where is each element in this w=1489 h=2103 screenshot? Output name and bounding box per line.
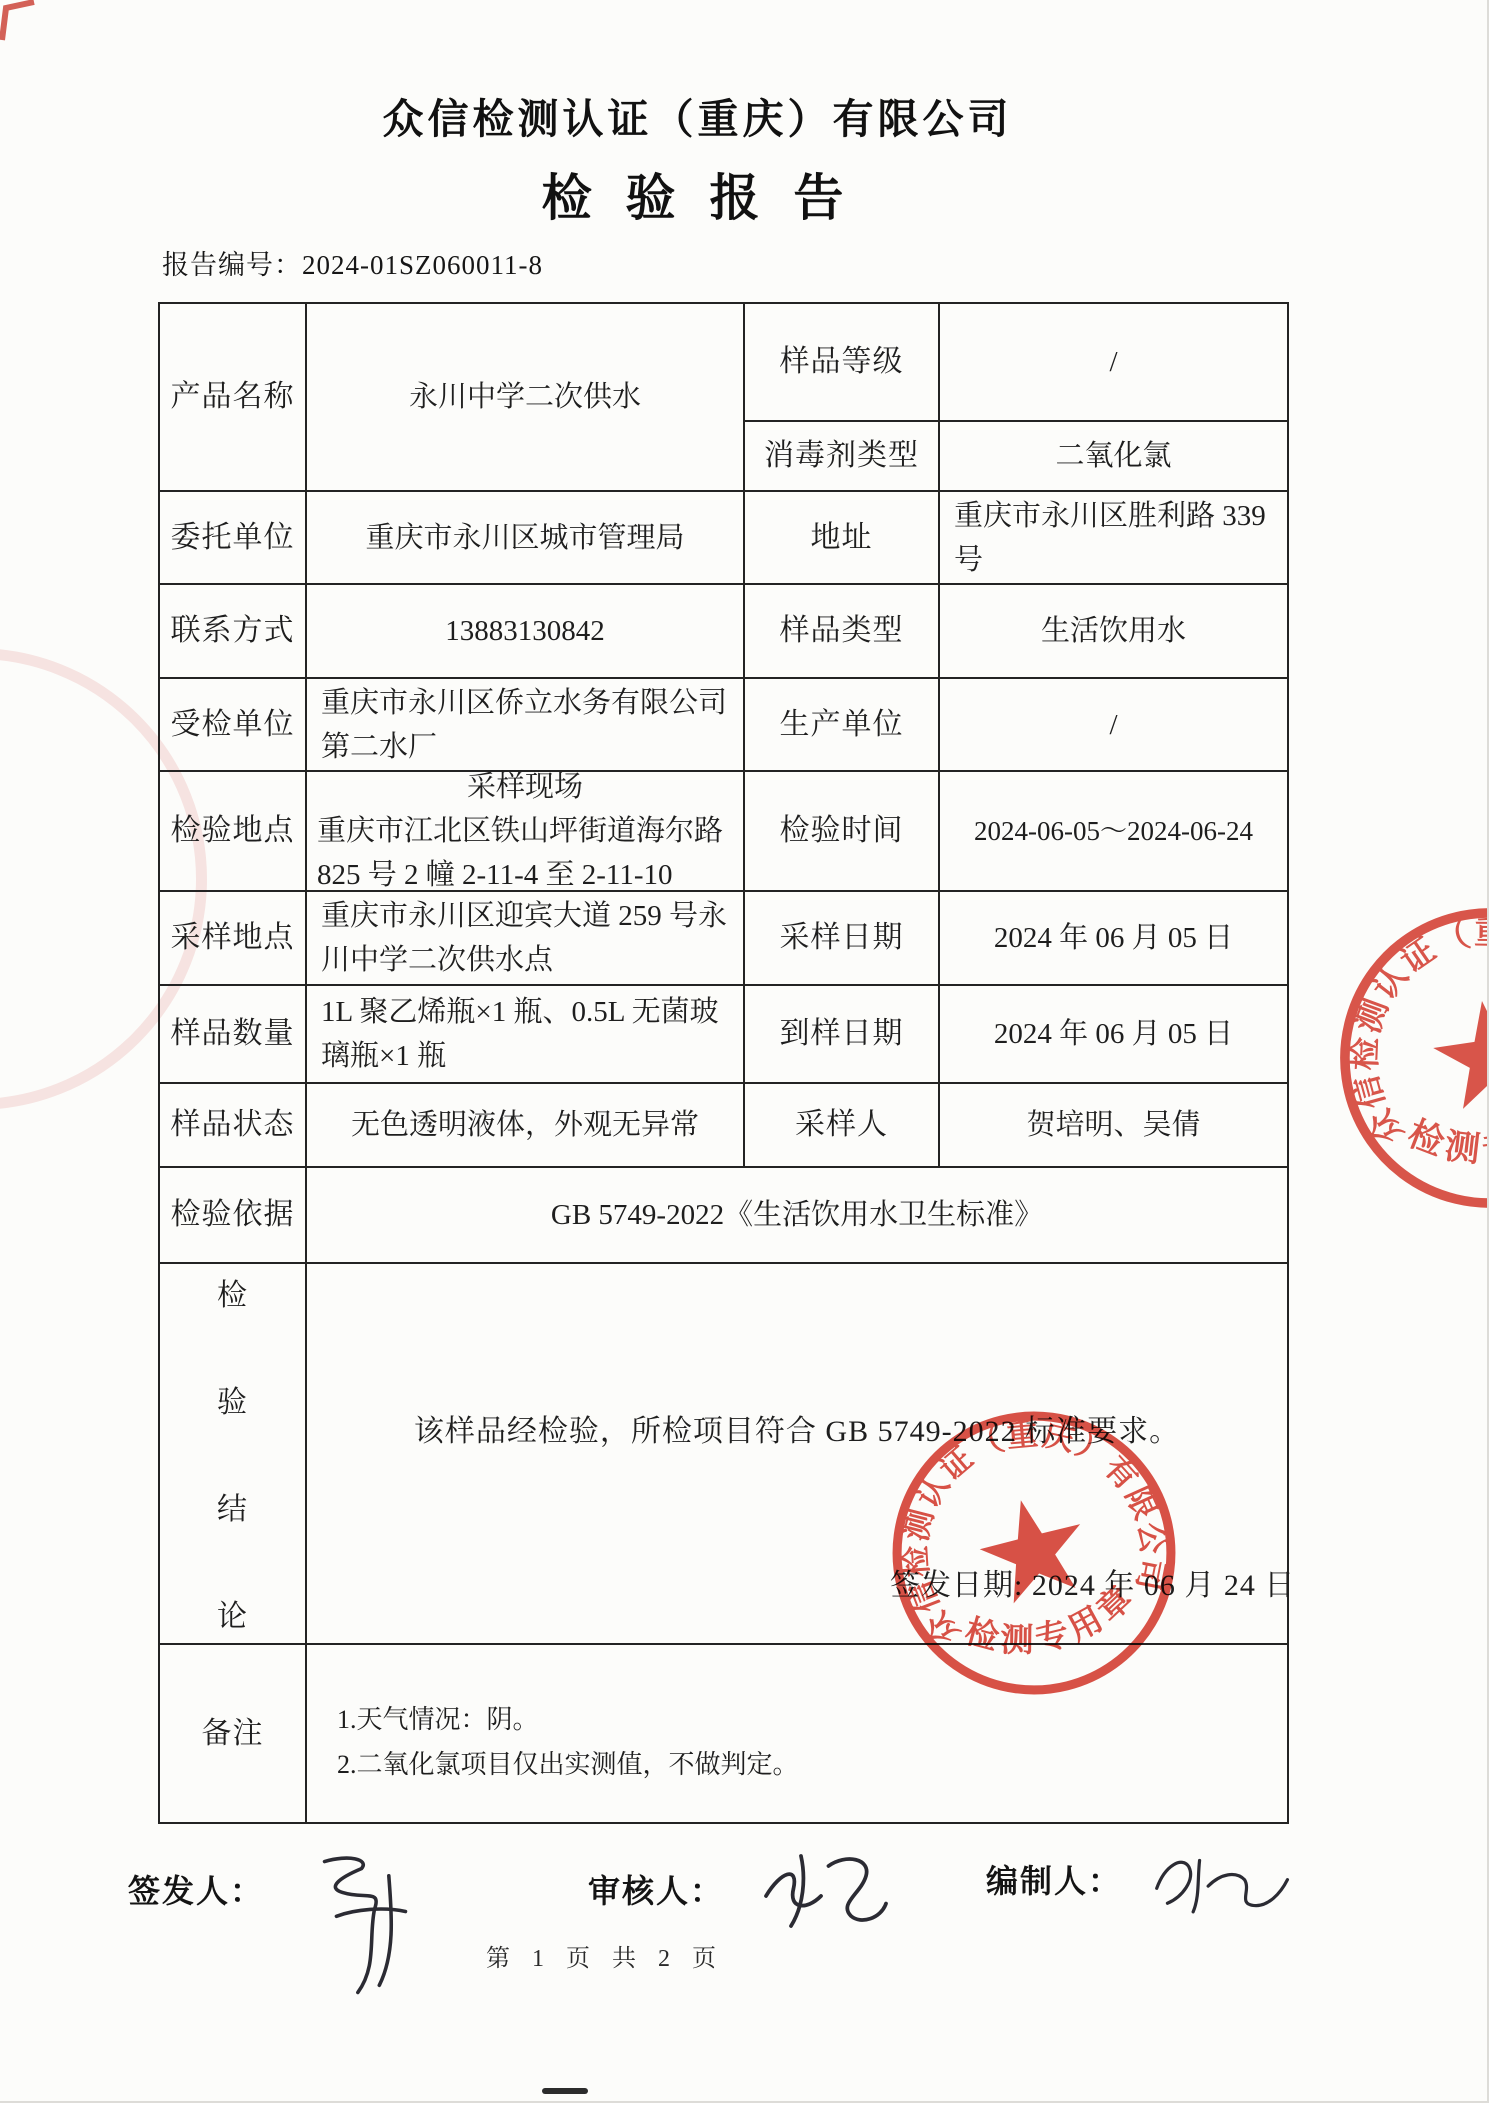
sampling-date-value: 2024 年 06 月 05 日 [940, 892, 1287, 986]
inspection-time-label: 检验时间 [745, 772, 940, 892]
sampling-date-label: 采样日期 [745, 892, 940, 986]
report-number-label: 报告编号： [162, 250, 302, 280]
issuer-label: 签发人： [128, 1866, 264, 1912]
report-page: 众信检测认证（重庆）有限公司 检 验 报 告 报告编号：2024-01SZ060… [0, 0, 1489, 2103]
remark-line-1: 1.天气情况：阴。 [337, 1697, 1267, 1742]
inspection-place-value: 采样现场 重庆市江北区铁山坪街道海尔路 825 号 2 幢 2-11-4 至 2… [307, 772, 745, 892]
reviewer-signature [756, 1846, 896, 1936]
conclusion-sign-date: 签发日期: 2024 年 06 月 24 日 [890, 1564, 1295, 1608]
inspection-place-line1: 采样现场 [317, 765, 733, 809]
basis-label: 检验依据 [160, 1168, 307, 1264]
sampling-place-label: 采样地点 [160, 892, 307, 986]
inspection-place-line2: 重庆市江北区铁山坪街道海尔路 825 号 2 幢 2-11-4 至 2-11-1… [317, 809, 733, 897]
product-name-label: 产品名称 [160, 304, 307, 492]
sample-type-value: 生活饮用水 [940, 585, 1287, 679]
arrival-date-value: 2024 年 06 月 05 日 [940, 986, 1287, 1084]
report-number-line: 报告编号：2024-01SZ060011-8 [162, 243, 543, 282]
report-number-value: 2024-01SZ060011-8 [302, 250, 543, 280]
inspected-unit-value: 重庆市永川区侨立水务有限公司第二水厂 [307, 679, 745, 772]
conclusion-label-char-4: 论 [217, 1601, 248, 1633]
product-name-value: 永川中学二次供水 [307, 304, 745, 492]
client-label: 委托单位 [160, 492, 307, 585]
remark-line-2: 2.二氧化氯项目仅出实测值，不做判定。 [337, 1742, 1267, 1787]
sampling-place-value: 重庆市永川区迎宾大道 259 号永川中学二次供水点 [307, 892, 745, 986]
company-name: 众信检测认证（重庆）有限公司 [0, 86, 1395, 145]
reviewer-label: 审核人： [588, 1866, 724, 1912]
arrival-date-label: 到样日期 [745, 986, 940, 1084]
producer-label: 生产单位 [745, 679, 940, 772]
report-table: 产品名称 永川中学二次供水 样品等级 / 消毒剂类型 二氧化氯 委托单位 重庆市… [158, 302, 1289, 1824]
conclusion-text: 该样品经检验，所检项目符合 GB 5749-2022 标准要求。 [307, 1410, 1287, 1454]
page-title: 检 验 报 告 [0, 158, 1395, 230]
basis-value: GB 5749-2022《生活饮用水卫生标准》 [307, 1168, 1287, 1264]
page-number: 第 1 页 共 2 页 [0, 1938, 1210, 1973]
disinfectant-type-label: 消毒剂类型 [745, 422, 940, 492]
conclusion-cell: 该样品经检验，所检项目符合 GB 5749-2022 标准要求。 签发日期: 2… [307, 1264, 1287, 1645]
seal-bottom-text: 检测专用章 [1398, 1088, 1489, 1181]
issuer-signature [300, 1852, 430, 2002]
inspection-place-label: 检验地点 [160, 772, 307, 892]
seal-star-icon [1428, 993, 1489, 1111]
corner-red-mark [0, 0, 44, 44]
sampler-label: 采样人 [745, 1084, 940, 1168]
inspection-time-value: 2024-06-05～2024-06-24 [940, 772, 1287, 892]
address-value: 重庆市永川区胜利路 339 号 [940, 492, 1287, 585]
conclusion-label-char-3: 结 [217, 1494, 248, 1526]
company-seal-edge: 众信检测认证（重庆）有限公司 检测专用章 [1309, 877, 1489, 1238]
contact-label: 联系方式 [160, 585, 307, 679]
sample-grade-value: / [940, 304, 1287, 422]
client-value: 重庆市永川区城市管理局 [307, 492, 745, 585]
sample-quantity-value: 1L 聚乙烯瓶×1 瓶、0.5L 无菌玻璃瓶×1 瓶 [307, 986, 745, 1084]
sample-quantity-label: 样品数量 [160, 986, 307, 1084]
sample-grade-label: 样品等级 [745, 304, 940, 422]
inspection-place-lines: 采样现场 重庆市江北区铁山坪街道海尔路 825 号 2 幢 2-11-4 至 2… [317, 765, 733, 897]
producer-value: / [940, 679, 1287, 772]
disinfectant-type-value: 二氧化氯 [940, 422, 1287, 492]
conclusion-label-char-2: 验 [217, 1387, 248, 1419]
remark-label: 备注 [160, 1645, 307, 1822]
inspected-unit-label: 受检单位 [160, 679, 307, 772]
sample-state-value: 无色透明液体，外观无异常 [307, 1084, 745, 1168]
preparer-label: 编制人： [986, 1856, 1122, 1902]
sample-type-label: 样品类型 [745, 585, 940, 679]
sample-state-label: 样品状态 [160, 1084, 307, 1168]
conclusion-label-char-1: 检 [217, 1280, 248, 1312]
address-label: 地址 [745, 492, 940, 585]
preparer-signature [1146, 1846, 1296, 1922]
sampler-value: 贺培明、吴倩 [940, 1084, 1287, 1168]
conclusion-label: 检 验 结 论 [160, 1264, 307, 1645]
svg-text:检测专用章: 检测专用章 [1398, 1088, 1489, 1181]
seal-ring-text: 众信检测认证（重庆）有限公司 [1326, 895, 1489, 1154]
contact-value: 13883130842 [307, 585, 745, 679]
svg-text:众信检测认证（重庆）有限公司: 众信检测认证（重庆）有限公司 [1326, 895, 1489, 1154]
bottom-scan-mark [542, 2088, 588, 2094]
remark-cell: 1.天气情况：阴。 2.二氧化氯项目仅出实测值，不做判定。 [307, 1645, 1287, 1822]
